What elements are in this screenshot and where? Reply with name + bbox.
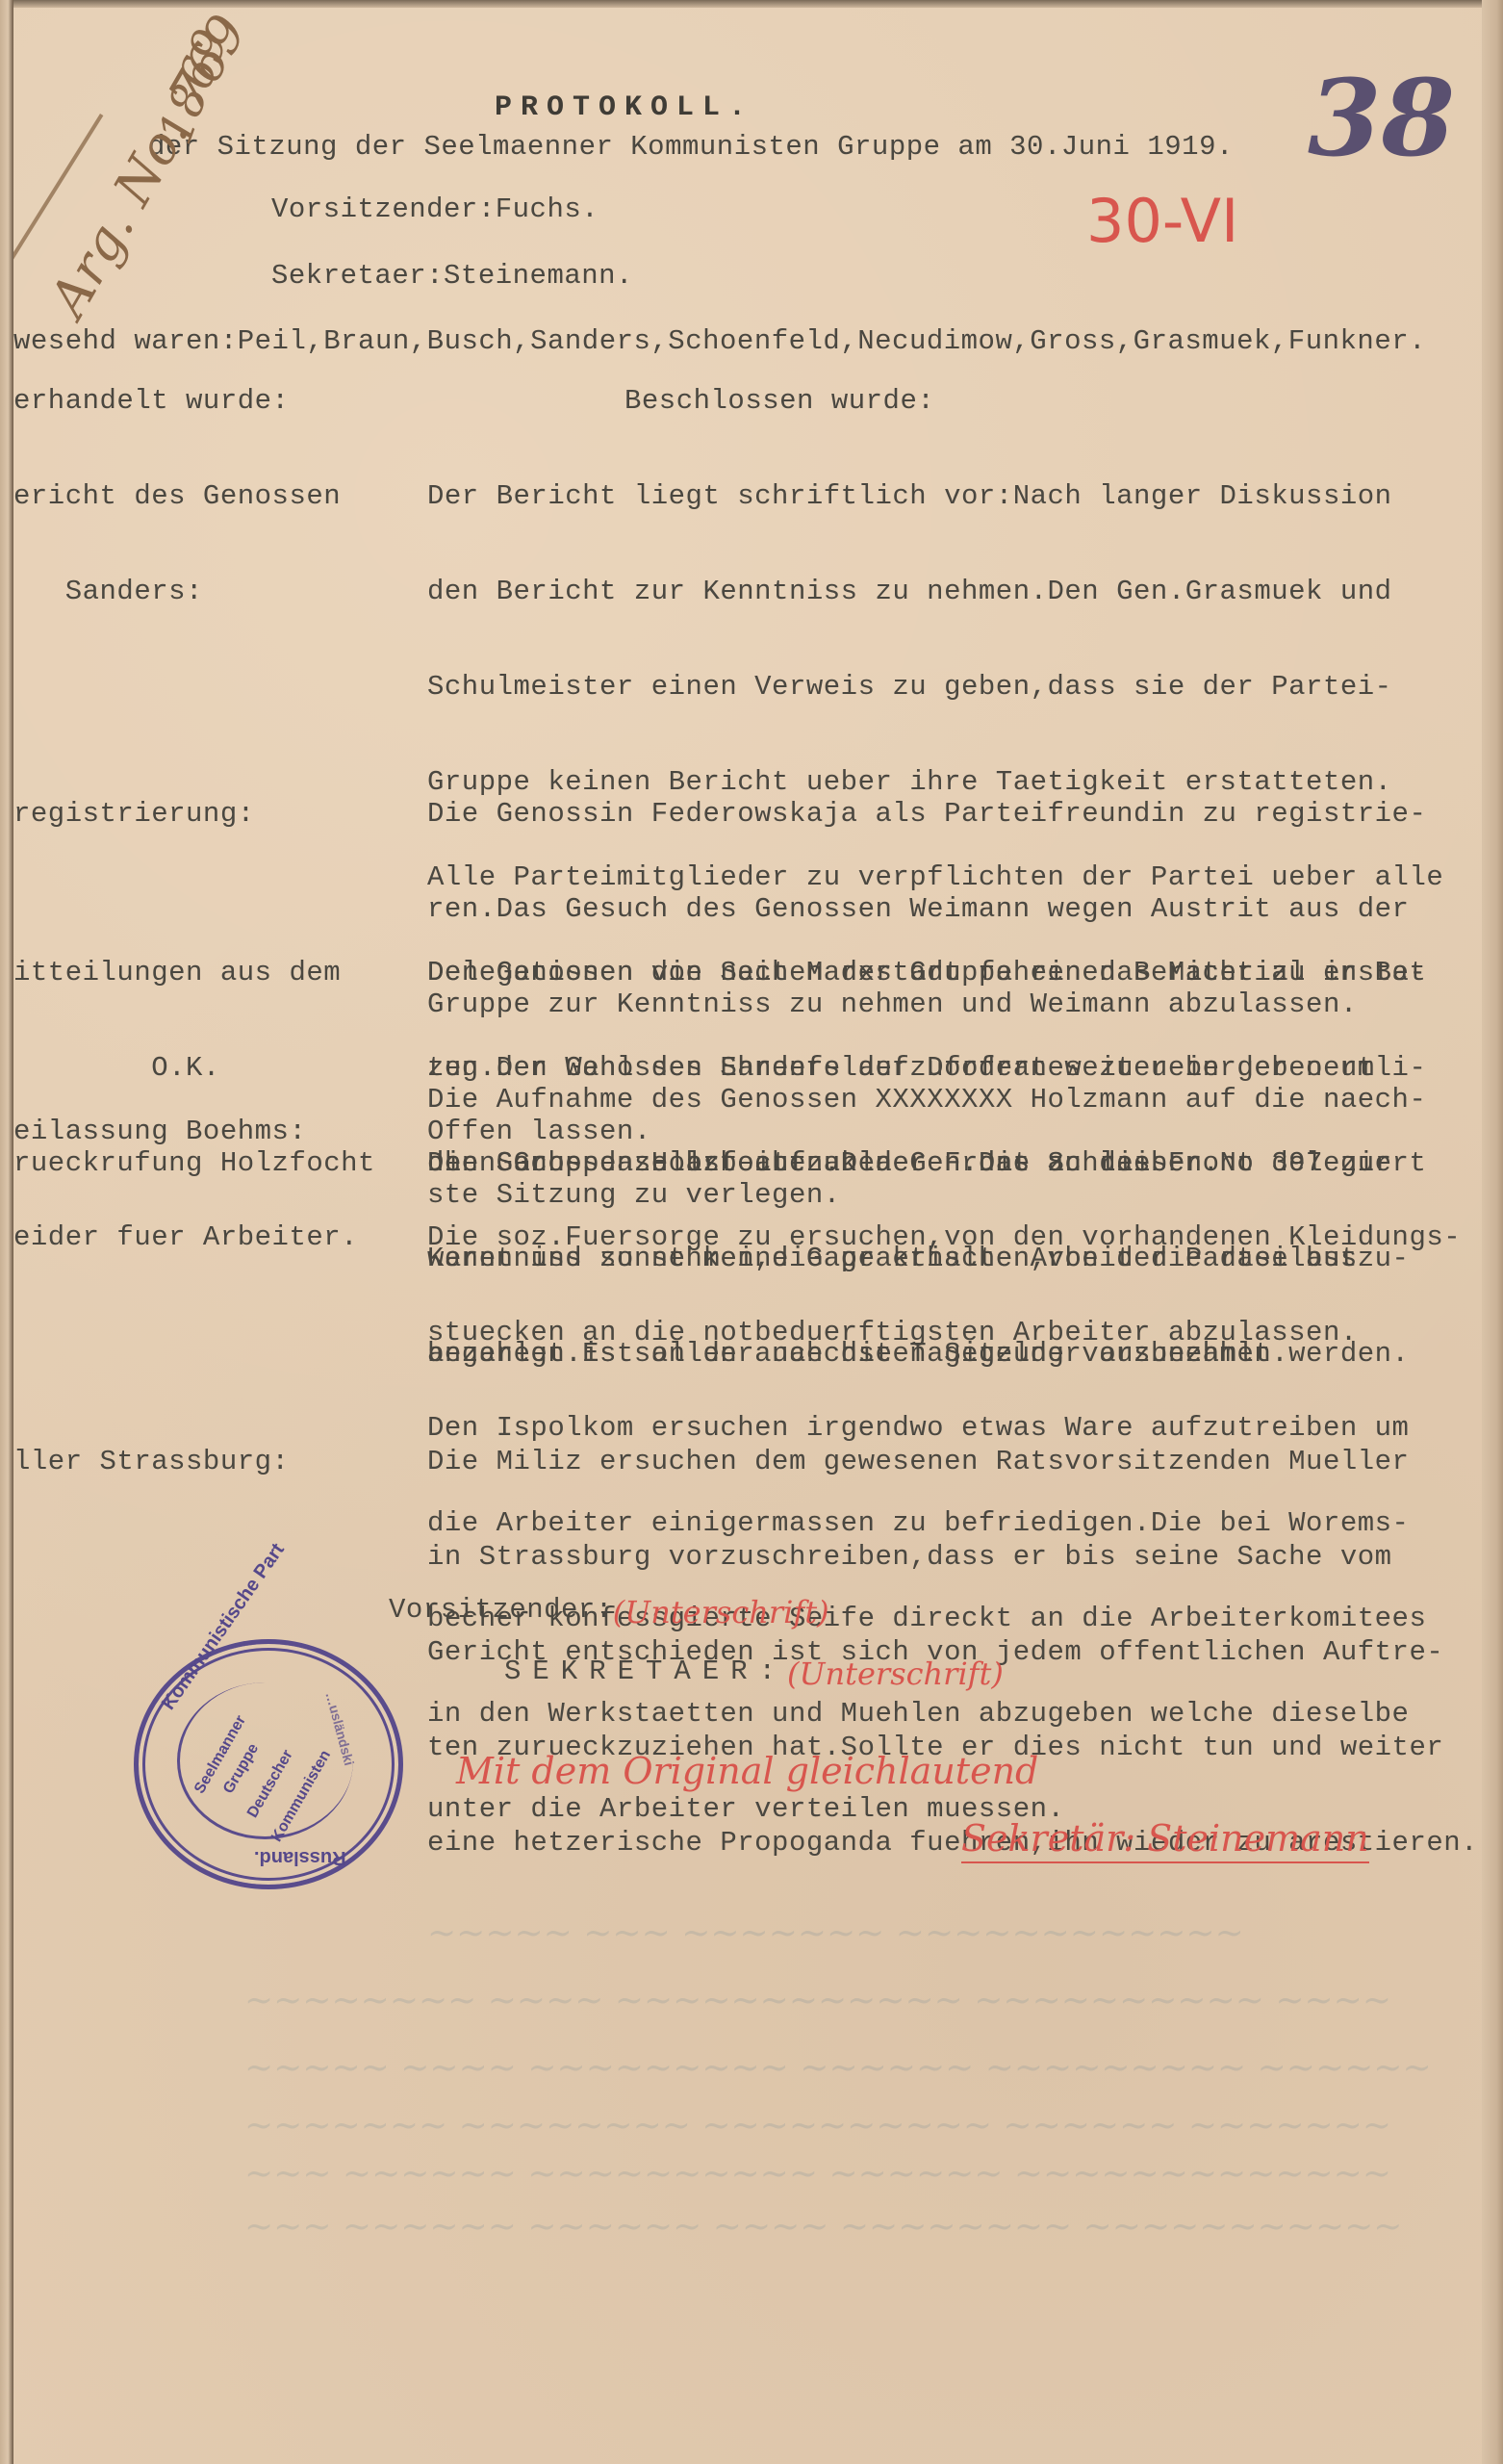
- document-title: PROTOKOLL.: [495, 92, 754, 124]
- page-right-edge: [1482, 0, 1503, 2464]
- agenda-label: eider fuer Arbeiter.: [13, 1158, 358, 1317]
- chairman-signature-label: Vorsitzender:: [389, 1594, 613, 1626]
- party-stamp: Kommunistische Part Russland. …usländski…: [134, 1639, 403, 1889]
- chairman-signature: (Unterschrift): [613, 1594, 829, 1630]
- bleed-through-handwriting: ~~~~~ ~~~~ ~~~~~~~~~ ~~~~~~ ~~~~~~~~~ ~~…: [244, 2048, 1432, 2088]
- chairman-signature-row: Vorsitzender: (Unterschrift): [389, 1594, 613, 1626]
- secretary-line: Sekretaer:Steinemann.: [271, 260, 633, 292]
- attendees-line: wesehd waren:Peil,Braun,Busch,Sanders,Sc…: [13, 325, 1426, 357]
- stamp-outer-bottom: Russland.: [254, 1846, 346, 1868]
- certification-note: Mit dem Original gleichlautend: [456, 1750, 1038, 1792]
- page-number-annotation: 38: [1308, 56, 1455, 180]
- bleed-through-handwriting: ~~~~~~~ ~~~~~~~~ ~~~~~~~~~~ ~~~~~~ ~~~~~…: [244, 2106, 1391, 2145]
- chairman-line: Vorsitzender:Fuchs.: [271, 193, 599, 225]
- bleed-through-handwriting: ~~~~~~~~ ~~~~ ~~~~~~~~~~~~ ~~~~~~~~~~ ~~…: [244, 1981, 1391, 2020]
- red-date-annotation: 30-VI: [1086, 186, 1238, 256]
- certifier-signature: Sekretär: Steinemann: [961, 1817, 1369, 1863]
- secretary-signature: (Unterschrift): [787, 1655, 1004, 1692]
- agenda-label: registrierung:: [13, 734, 255, 893]
- binding-edge: [0, 0, 13, 2464]
- bleed-through-handwriting: ~~~ ~~~~~~ ~~~~~~ ~~~~ ~~~~~~~~ ~~~~~~~~…: [244, 2207, 1402, 2246]
- bleed-through-handwriting: ~~~ ~~~~~~ ~~~~~~~~~~ ~~~~~~ ~~~~~~~~~~~…: [244, 2154, 1391, 2194]
- document-page: ~~~~~ ~~~ ~~~~~~~ ~~~~~~~~~~~~ ~~~~~~~~ …: [13, 8, 1482, 2464]
- column-header-left: erhandelt wurde:: [13, 385, 289, 417]
- document-subtitle: der Sitzung der Seelmaenner Kommunisten …: [148, 131, 1234, 163]
- page-top-edge: [0, 0, 1503, 8]
- agenda-label: ericht des Genossen Sanders:: [13, 417, 341, 671]
- secretary-signature-label: SEKRETAER:: [504, 1655, 787, 1687]
- secretary-signature-row: SEKRETAER: (Unterschrift): [504, 1655, 787, 1687]
- agenda-label: ller Strassburg:: [13, 1382, 289, 1541]
- column-header-right: Beschlossen wurde:: [624, 385, 934, 417]
